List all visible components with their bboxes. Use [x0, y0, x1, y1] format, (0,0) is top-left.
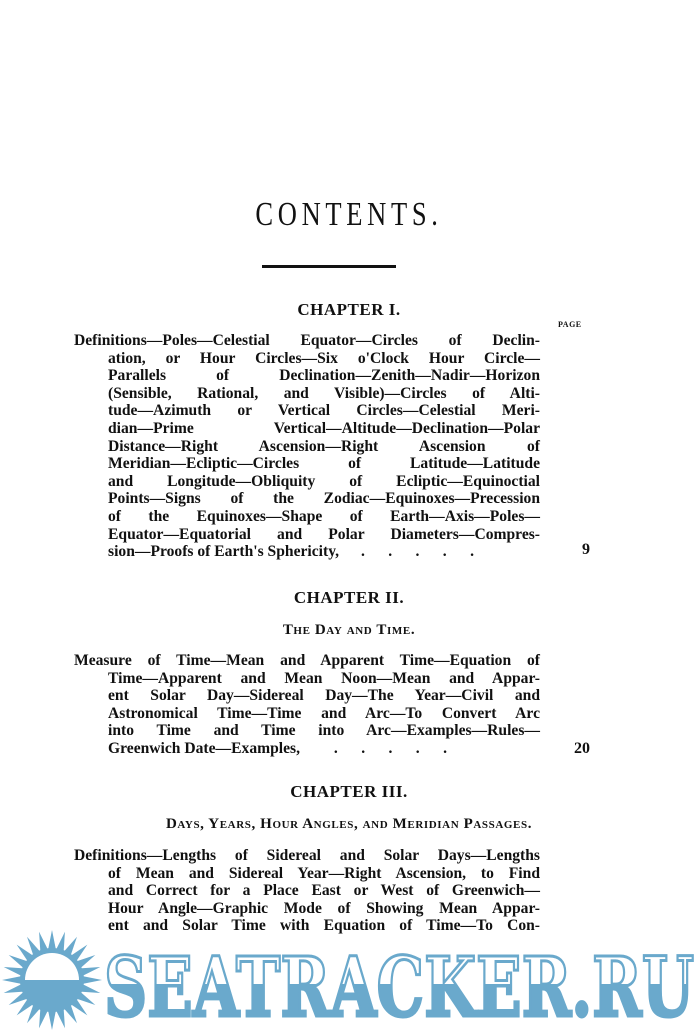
entry-line: (Sensible, Rational, and Visible)—Circle… [74, 385, 540, 403]
entry-line: Meridian—Ecliptic—Circles of Latitude—La… [74, 455, 540, 473]
chapter-2-subtitle: The Day and Time. [0, 622, 698, 639]
chapter-3-entry: Definitions—Lengths of Sidereal and Sola… [74, 847, 540, 935]
entry-line: of the Equinoxes—Shape of Earth—Axis—Pol… [74, 508, 540, 526]
entry-line: Time—Apparent and Mean Noon—Mean and App… [74, 670, 540, 688]
chapter-2-heading: CHAPTER II. [0, 588, 698, 608]
entry-line: Equator—Equatorial and Polar Diameters—C… [74, 526, 540, 544]
watermark: SEATRACKER.RU SEATRACKER.RU [0, 928, 698, 1032]
entry-line-last: sion—Proofs of Earth's Sphericity, . . .… [74, 543, 540, 561]
title-divider [262, 265, 396, 268]
dot-leader: . . . . . [334, 740, 447, 757]
chapter-2-page-number: 20 [574, 740, 590, 758]
entry-line: and Correct for a Place East or West of … [74, 882, 540, 900]
chapter-2-entry: Measure of Time—Mean and Apparent Time—E… [74, 652, 540, 758]
watermark-wordmark: SEATRACKER.RU SEATRACKER.RU [100, 928, 698, 1032]
chapter-1-heading: CHAPTER I. [0, 300, 698, 320]
page-title: CONTENTS. [77, 196, 621, 234]
entry-line: Hour Angle—Graphic Mode of Showing Mean … [74, 900, 540, 918]
entry-line: Definitions—Lengths of Sidereal and Sola… [74, 847, 540, 865]
chapter-3-heading: CHAPTER III. [0, 782, 698, 802]
entry-line: dian—Prime Vertical—Altitude—Declination… [74, 420, 540, 438]
entry-line-last: Greenwich Date—Examples, . . . . . [74, 740, 540, 758]
dot-leader: . . . . . [361, 543, 474, 560]
entry-line: tude—Azimuth or Vertical Circles—Celesti… [74, 402, 540, 420]
entry-line: Distance—Right Ascension—Right Ascension… [74, 438, 540, 456]
chapter-3-subtitle: Days, Years, Hour Angles, and Meridian P… [0, 816, 698, 833]
entry-line: and Longitude—Obliquity of Ecliptic—Equi… [74, 473, 540, 491]
chapter-1-entry: Definitions—Poles—Celestial Equator—Circ… [74, 332, 540, 561]
entry-line: of Mean and Sidereal Year—Right Ascensio… [74, 865, 540, 883]
chapter-1-page-number: 9 [582, 541, 590, 559]
entry-line: Parallels of Declination—Zenith—Nadir—Ho… [74, 367, 540, 385]
entry-line: Measure of Time—Mean and Apparent Time—E… [74, 652, 540, 670]
entry-line: ent Solar Day—Sidereal Day—The Year—Civi… [74, 687, 540, 705]
entry-line: Points—Signs of the Zodiac—Equinoxes—Pre… [74, 490, 540, 508]
page-column-label: PAGE [558, 320, 582, 329]
entry-line-text: Greenwich Date—Examples, [108, 740, 300, 757]
entry-line: Definitions—Poles—Celestial Equator—Circ… [74, 332, 540, 350]
entry-line-text: sion—Proofs of Earth's Sphericity, [108, 543, 339, 560]
entry-line: ation, or Hour Circles—Six o'Clock Hour … [74, 350, 540, 368]
sun-logo-icon [0, 928, 110, 1032]
entry-line: into Time and Time into Arc—Examples—Rul… [74, 722, 540, 740]
entry-line: Astronomical Time—Time and Arc—To Conver… [74, 705, 540, 723]
